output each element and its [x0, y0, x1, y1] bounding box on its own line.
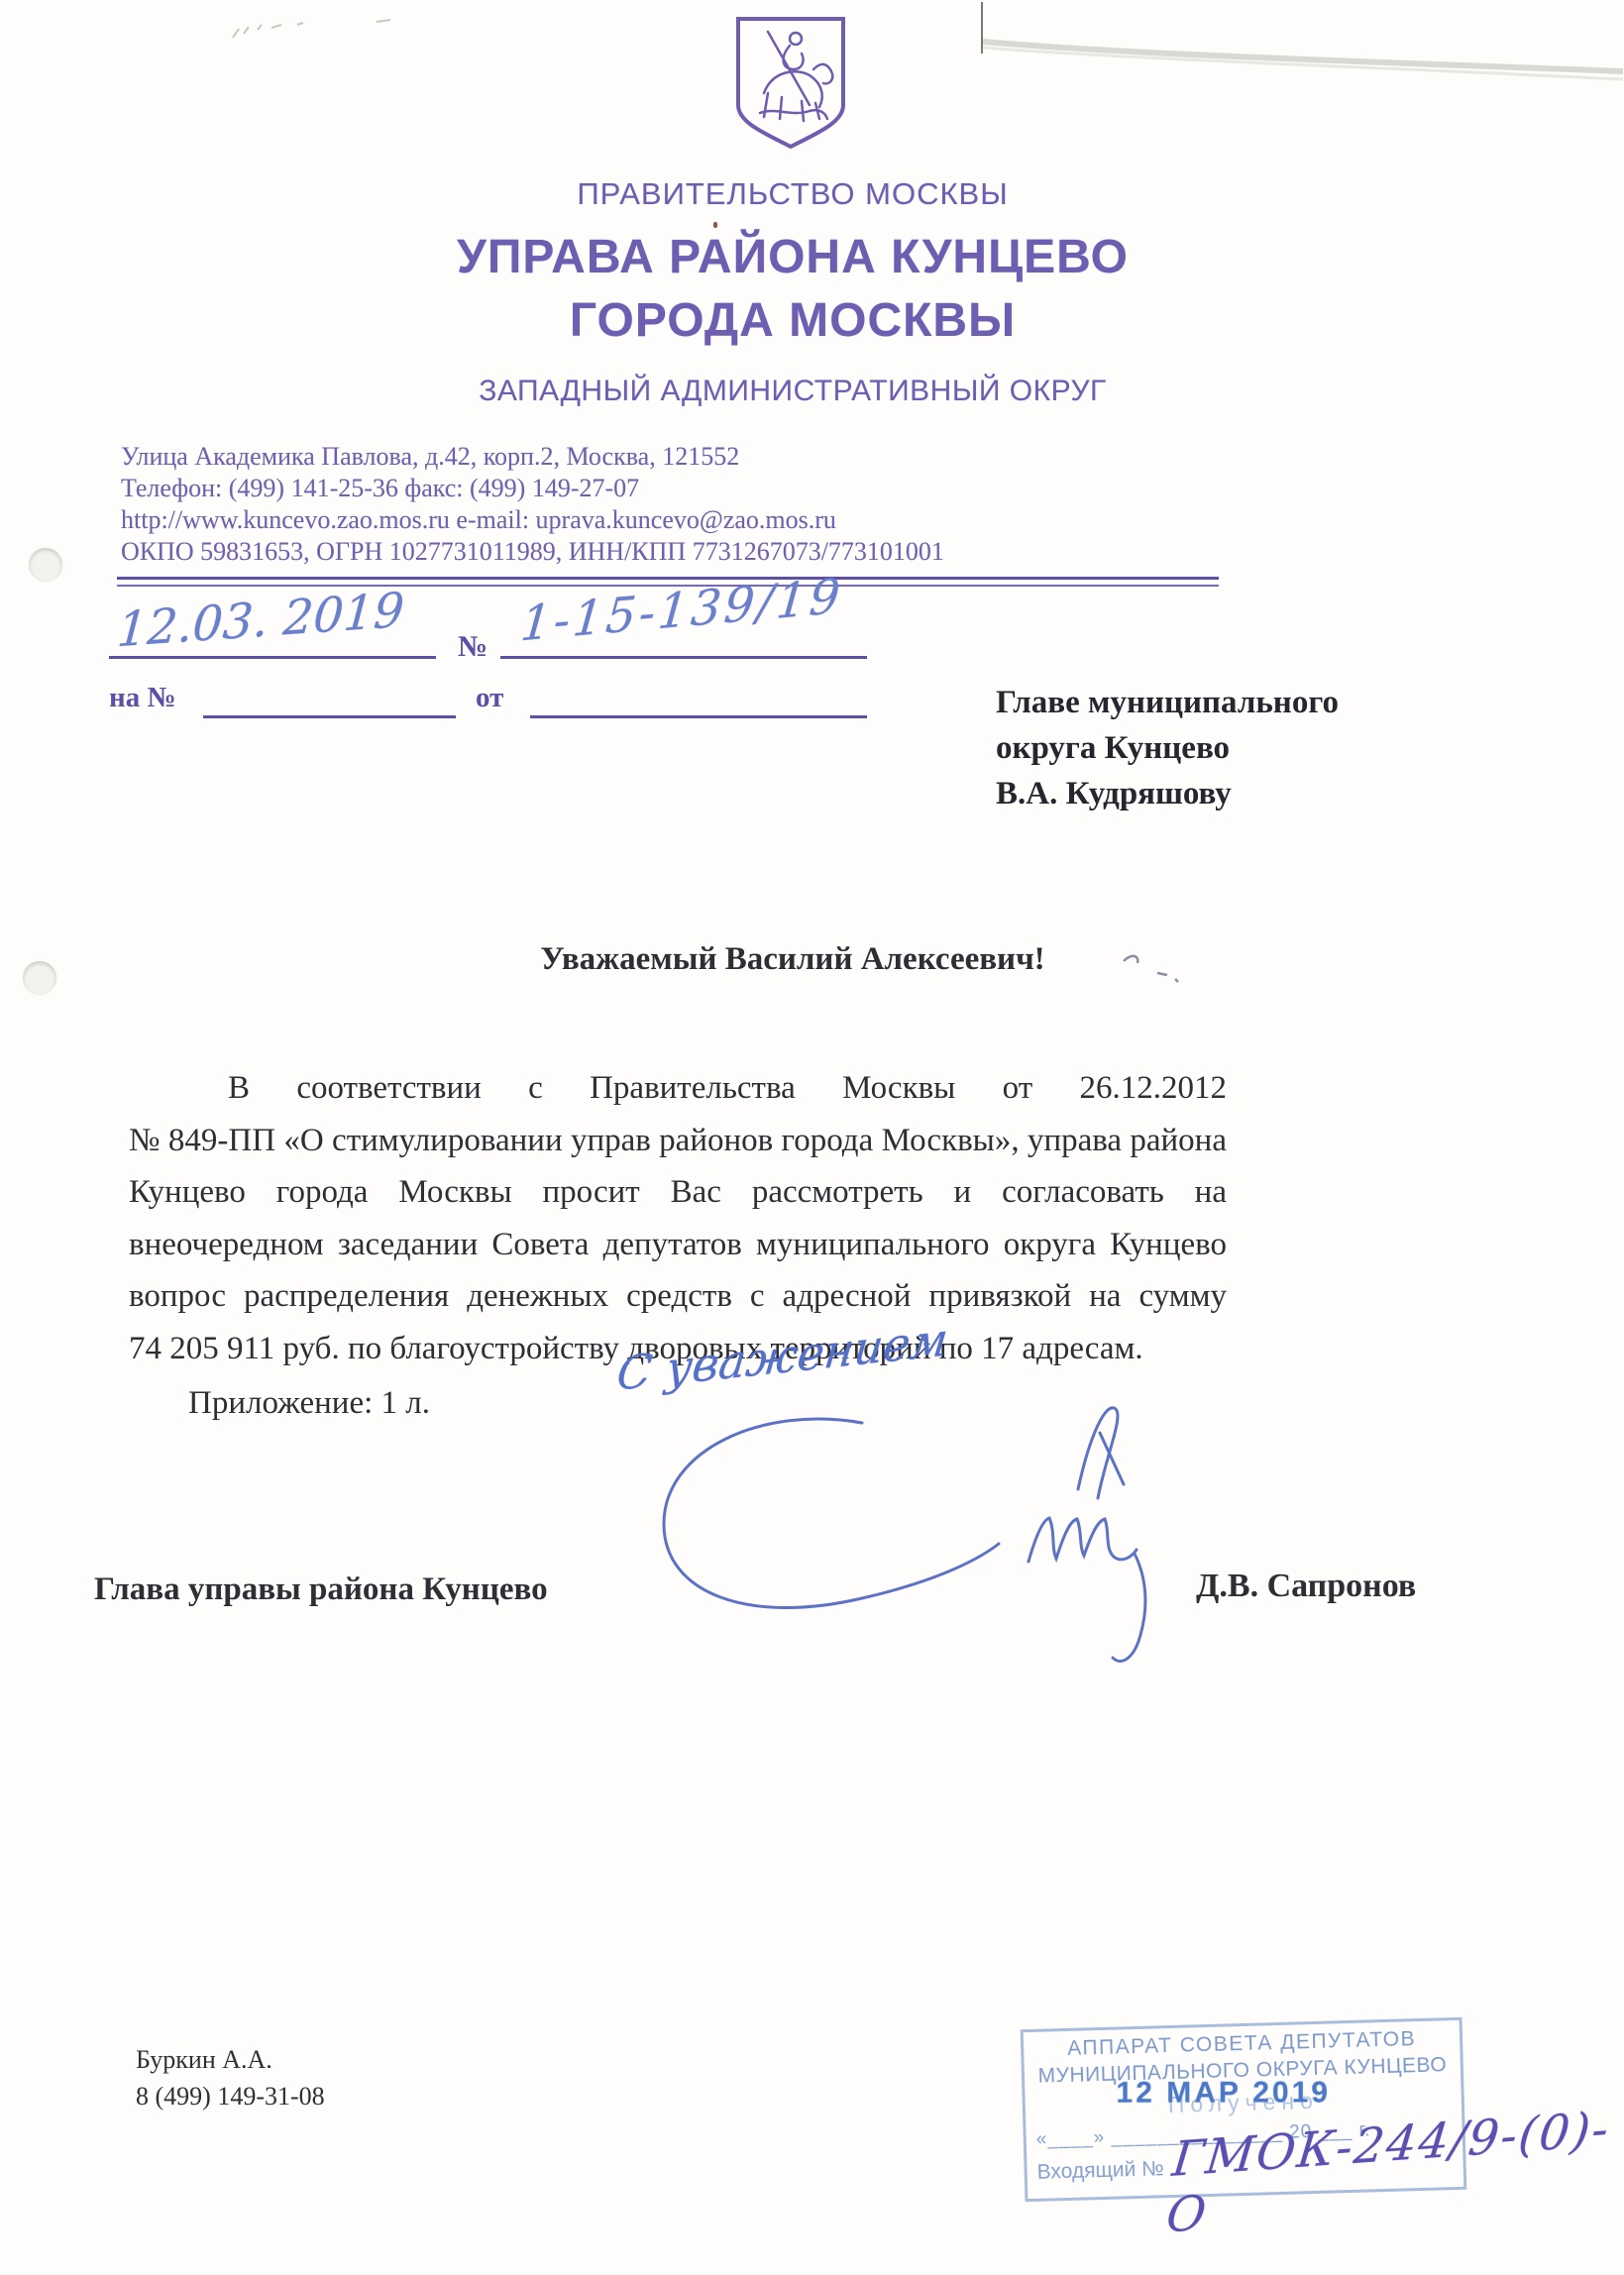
signatory-position: Глава управы района Кунцево	[94, 1571, 548, 1608]
salutation: Уважаемый Василий Алексеевич!	[396, 941, 1189, 978]
ink-mark-artifact	[1118, 943, 1197, 993]
attachment-note: Приложение: 1 л.	[188, 1385, 430, 1422]
recipient-line1: Главе муниципального	[996, 680, 1339, 725]
government-title: ПРАВИТЕЛЬСТВО МОСКВЫ	[297, 176, 1288, 212]
pencil-scribble-artifact	[228, 10, 406, 54]
body-line: № 849-ПП «О стимулировании управ районов…	[129, 1115, 1227, 1167]
hole-punch-bottom	[23, 961, 56, 995]
recipient-line2: округа Кунцево	[996, 725, 1339, 771]
letter-body: В соответствии с Правительства Москвы от…	[129, 1062, 1227, 1374]
hole-punch-top	[29, 548, 62, 582]
body-line: вопрос распределения денежных средств с …	[129, 1270, 1227, 1323]
moscow-coat-of-arms-icon	[730, 14, 851, 153]
scanned-letter-page: ПРАВИТЕЛЬСТВО МОСКВЫ УПРАВА РАЙОНА КУНЦЕ…	[0, 0, 1624, 2275]
handwritten-date: 12.03. 2019	[115, 583, 405, 659]
contact-address: Улица Академика Павлова, д.42, корп.2, М…	[121, 441, 739, 473]
executor-name: Буркин А.А.	[136, 2041, 325, 2078]
handwritten-outgoing-number: 1-15-139/19	[518, 568, 845, 652]
recipient-line3: В.А. Кудряшову	[996, 771, 1339, 816]
reply-number-underline	[203, 715, 456, 718]
body-line: Кунцево города Москвы просит Вас рассмот…	[129, 1166, 1227, 1219]
reply-to-number-label: на №	[109, 682, 176, 714]
date-underline	[109, 656, 436, 659]
body-line: В соответствии с Правительства Москвы от…	[129, 1062, 1227, 1115]
recipient-block: Главе муниципального округа Кунцево В.А.…	[996, 680, 1339, 816]
administrative-district: ЗАПАДНЫЙ АДМИНИСТРАТИВНЫЙ ОКРУГ	[297, 375, 1288, 408]
stamp-incoming-number-label: Входящий №	[1036, 2157, 1164, 2185]
stamp-date: 12 МАР 2019	[1117, 2076, 1332, 2110]
handwritten-signature	[634, 1395, 1169, 1663]
executor-phone: 8 (499) 149-31-08	[136, 2078, 325, 2114]
executor-block: Буркин А.А. 8 (499) 149-31-08	[136, 2041, 325, 2114]
number-underline	[500, 656, 867, 659]
scan-streak-artifact	[979, 28, 1624, 87]
reply-date-underline	[530, 715, 867, 718]
contact-registration-codes: ОКПО 59831653, ОГРН 1027731011989, ИНН/К…	[121, 536, 944, 568]
organization-name-line1: УПРАВА РАЙОНА КУНЦЕВО	[297, 230, 1288, 284]
signatory-name: Д.В. Сапронов	[1196, 1568, 1416, 1605]
body-line: внеочередном заседании Совета депутатов …	[129, 1219, 1227, 1271]
contact-phone-fax: Телефон: (499) 141-25-36 факс: (499) 149…	[121, 473, 639, 504]
ink-speck-artifact	[713, 222, 717, 228]
contact-web-email: http://www.kuncevo.zao.mos.ru e-mail: up…	[121, 504, 836, 536]
reply-from-label: от	[476, 682, 503, 714]
letterhead-divider-thick	[117, 577, 1219, 580]
number-sign-label: №	[458, 630, 487, 664]
organization-name-line2: ГОРОДА МОСКВЫ	[297, 293, 1288, 348]
